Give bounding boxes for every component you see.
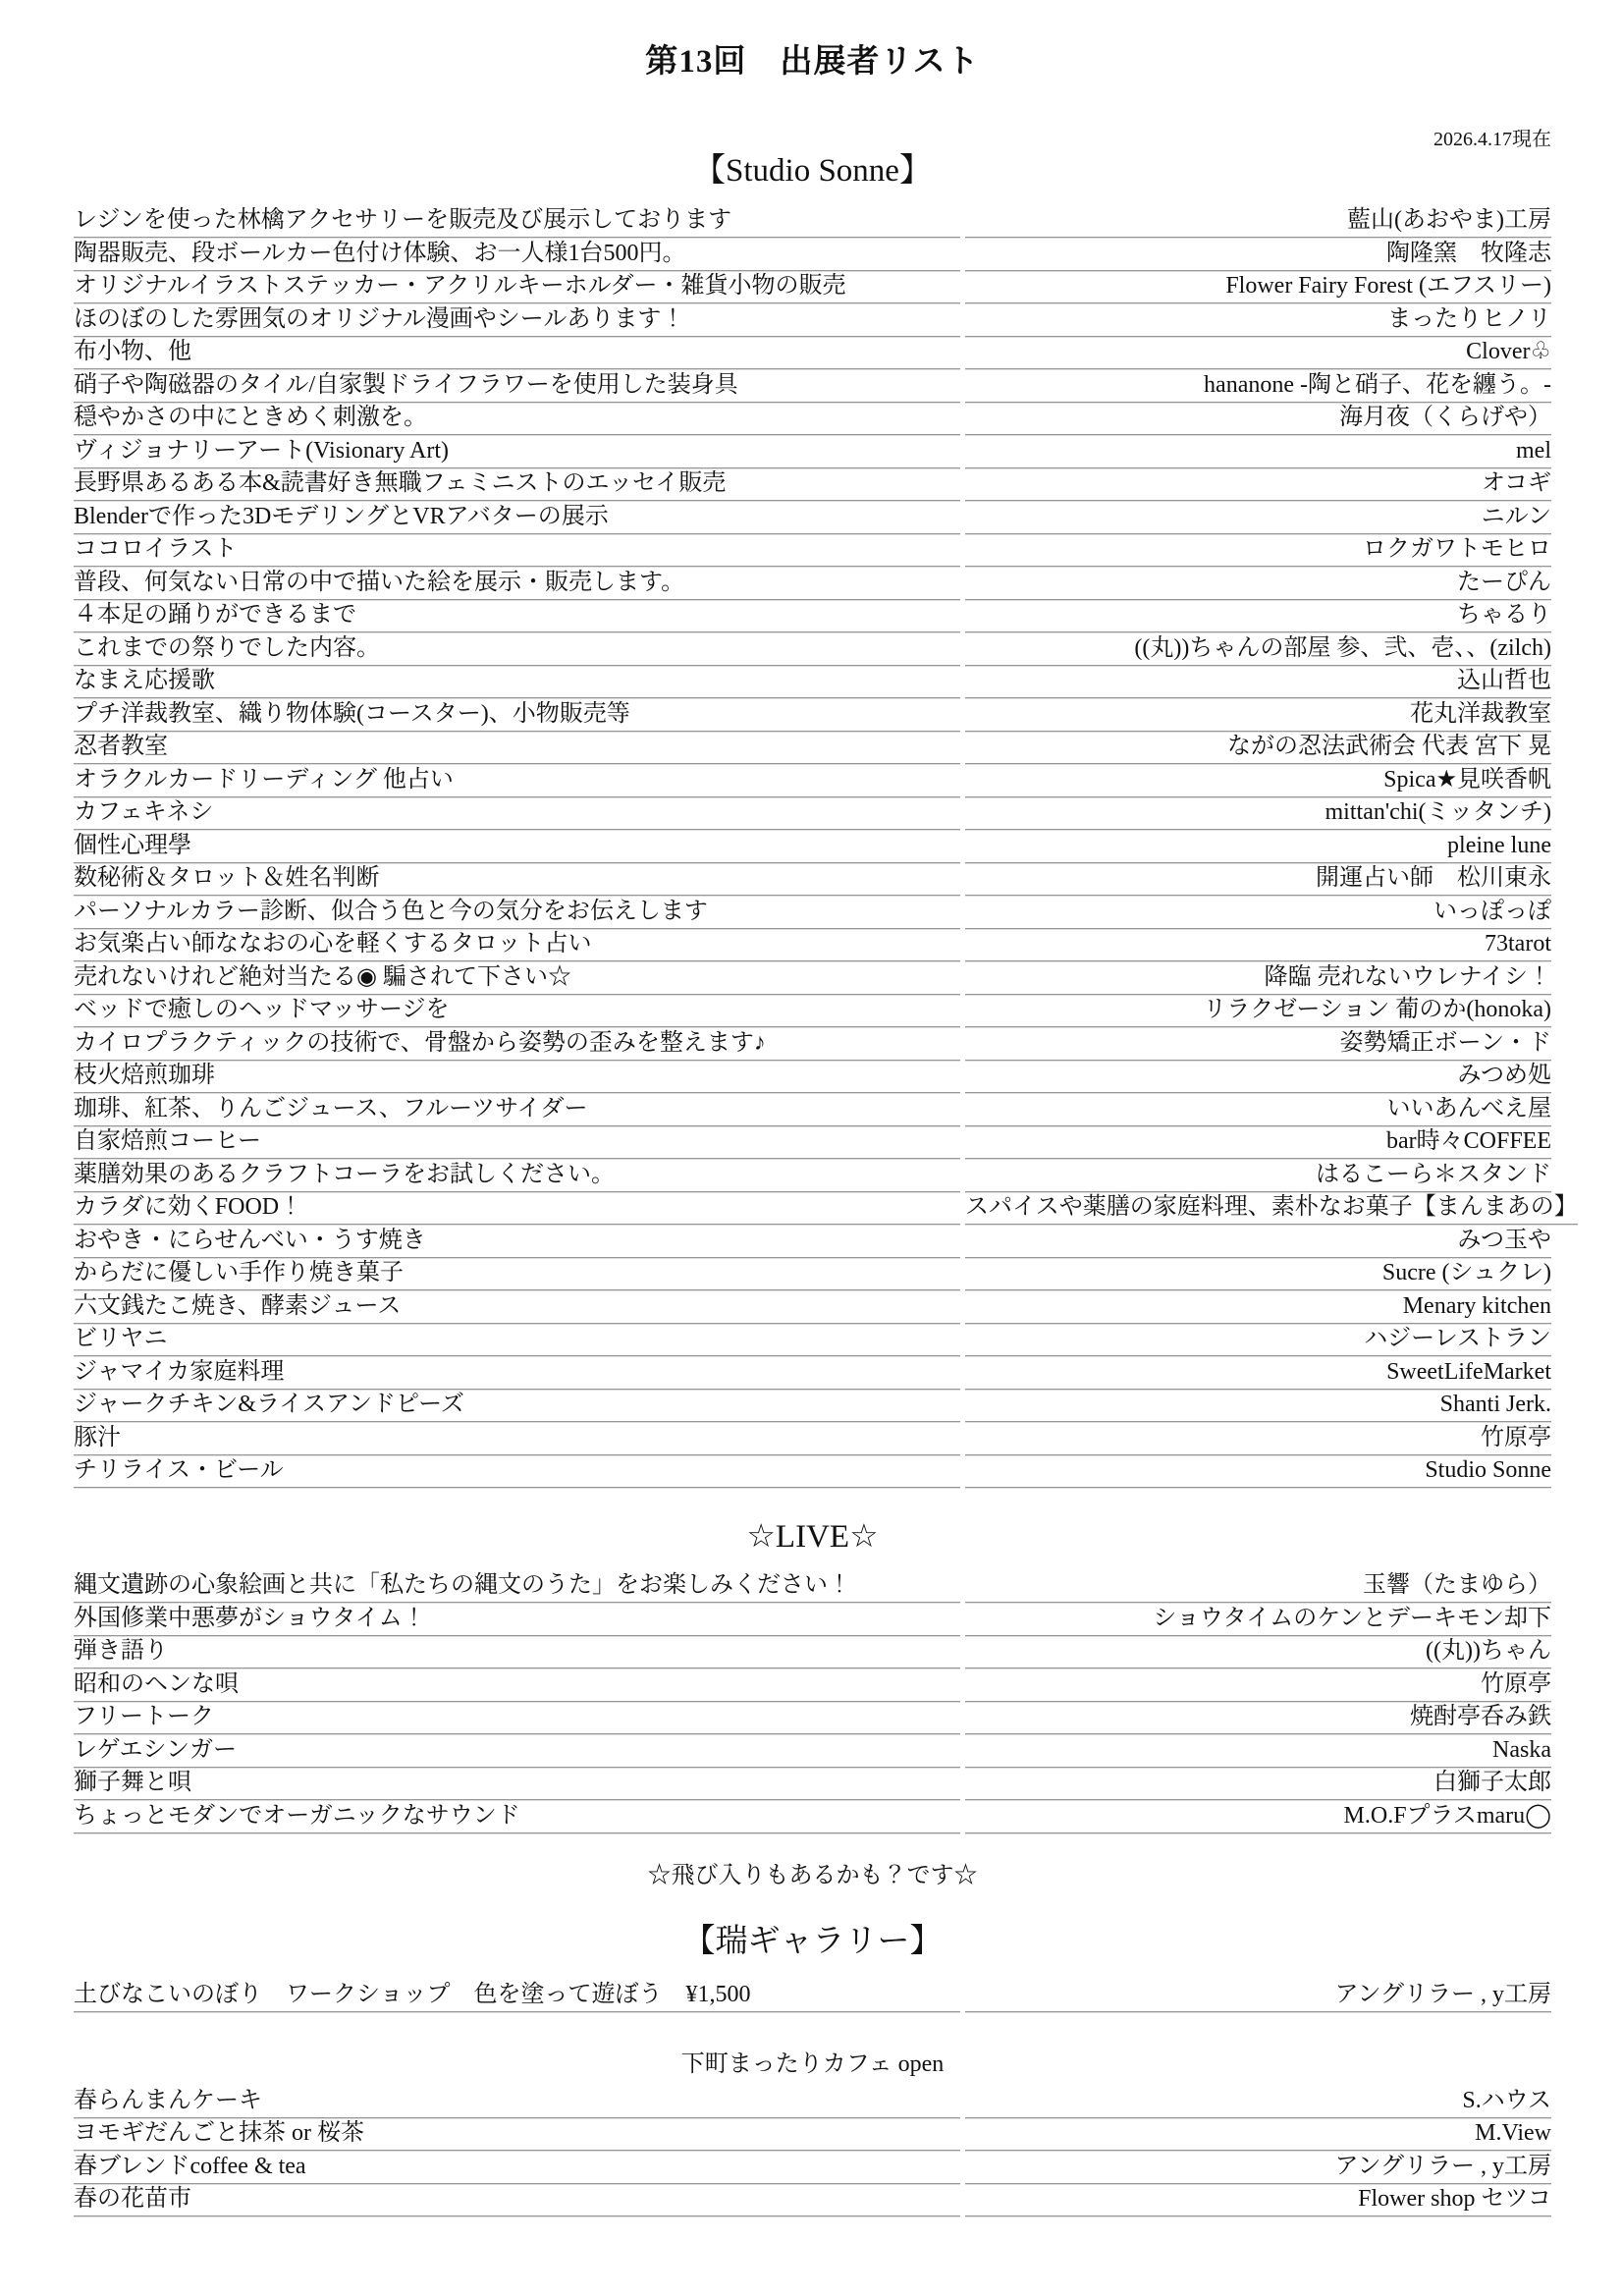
exhibitor-row: ヴィジョナリーアート(Visionary Art) mel bbox=[74, 435, 1551, 468]
exhibit-description: 弾き語り bbox=[74, 1638, 960, 1668]
exhibitor-name: Flower shop セツコ bbox=[965, 2186, 1551, 2216]
exhibitor-name: 花丸洋裁教室 bbox=[965, 701, 1551, 732]
section-rows: 春らんまんケーキ S.ハウス ヨモギだんごと抹茶 or 桜茶 M.View 春ブ… bbox=[74, 2085, 1551, 2216]
exhibitor-name: リラクゼーション 葡のか(honoka) bbox=[965, 997, 1551, 1027]
exhibitor-name: いっぽっぽ bbox=[965, 899, 1551, 929]
exhibitor-name: まったりヒノリ bbox=[965, 306, 1551, 337]
exhibit-description: ヨモギだんごと抹茶 or 桜茶 bbox=[74, 2120, 960, 2151]
exhibit-description: 春の花苗市 bbox=[74, 2186, 960, 2216]
exhibitor-row: ジャークチキン&ライスアンドピーズ Shanti Jerk. bbox=[74, 1390, 1551, 1423]
exhibitor-name: Menary kitchen bbox=[965, 1293, 1551, 1324]
exhibitor-name: Spica★見咲香帆 bbox=[965, 767, 1551, 797]
exhibit-description: パーソナルカラー診断、似合う色と今の気分をお伝えします bbox=[74, 899, 960, 929]
exhibit-description: からだに優しい手作り焼き菓子 bbox=[74, 1260, 960, 1290]
exhibit-description: 売れないけれど絶対当たる◉ 騙されて下さい☆ bbox=[74, 964, 960, 995]
exhibitor-row: ちょっとモダンでオーガニックなサウンド M.O.Fプラスmaru◯ bbox=[74, 1800, 1551, 1833]
exhibitor-row: 珈琲、紅茶、りんごジュース、フルーツサイダー いいあんべえ屋 bbox=[74, 1093, 1551, 1126]
exhibitor-name: いいあんべえ屋 bbox=[965, 1096, 1551, 1126]
exhibitor-name: SweetLifeMarket bbox=[965, 1359, 1551, 1390]
exhibit-description: カラダに効くFOOD！ bbox=[74, 1194, 960, 1225]
exhibitor-name: M.View bbox=[965, 2120, 1551, 2151]
section: 【Studio Sonne】 レジンを使った林檎アクセサリーを販売及び展示してお… bbox=[74, 151, 1551, 1489]
exhibitor-row: オリジナルイラストステッカー・アクリルキーホルダー・雑貨小物の販売 Flower… bbox=[74, 271, 1551, 304]
exhibit-description: レゲエシンガー bbox=[74, 1737, 960, 1768]
exhibitor-name: 玉響（たまゆら） bbox=[965, 1572, 1551, 1603]
exhibitor-row: からだに優しい手作り焼き菓子 Sucre (シュクレ) bbox=[74, 1258, 1551, 1291]
exhibit-description: 六文銭たこ焼き、酵素ジュース bbox=[74, 1293, 960, 1324]
page: 第13回 出展者リスト 2026.4.17現在 【Studio Sonne】 レ… bbox=[0, 0, 1622, 2296]
exhibit-description: ちょっとモダンでオーガニックなサウンド bbox=[74, 1803, 960, 1833]
exhibitor-row: ココロイラスト ロクガワトモヒロ bbox=[74, 534, 1551, 568]
exhibitor-row: これまでの祭りでした内容。 ((丸))ちゃんの部屋 参、弐、壱、、(zilch) bbox=[74, 632, 1551, 666]
section: ☆LIVE☆ 縄文遺跡の心象絵画と共に「私たちの縄文のうた」をお楽しみください！… bbox=[74, 1517, 1551, 1889]
section-note: ☆飛び入りもあるかも？です☆ bbox=[74, 1861, 1551, 1890]
exhibitor-name: hananone -陶と硝子、花を纏う。- bbox=[965, 372, 1551, 403]
exhibitor-row: 豚汁 竹原亭 bbox=[74, 1422, 1551, 1455]
exhibitor-name: S.ハウス bbox=[965, 2088, 1551, 2118]
exhibitor-name: mel bbox=[965, 438, 1551, 468]
exhibit-description: オラクルカードリーディング 他占い bbox=[74, 767, 960, 797]
exhibit-description: ベッドで癒しのヘッドマッサージを bbox=[74, 997, 960, 1027]
exhibitor-row: ベッドで癒しのヘッドマッサージを リラクゼーション 葡のか(honoka) bbox=[74, 995, 1551, 1028]
exhibit-description: ココロイラスト bbox=[74, 536, 960, 567]
exhibit-description: 昭和のヘンな唄 bbox=[74, 1671, 960, 1702]
exhibitor-row: ４本足の踊りができるまで ちゃるり bbox=[74, 600, 1551, 633]
exhibitor-name: 陶隆窯 牧隆志 bbox=[965, 241, 1551, 271]
exhibitor-name: 73tarot bbox=[965, 931, 1551, 961]
exhibit-description: お気楽占い師ななおの心を軽くするタロット占い bbox=[74, 931, 960, 961]
exhibitor-row: おやき・にらせんべい・うす焼き みつ玉や bbox=[74, 1225, 1551, 1258]
exhibit-description: ほのぼのした雰囲気のオリジナル漫画やシールあります！ bbox=[74, 306, 960, 337]
exhibitor-row: 布小物、他 Clover♧ bbox=[74, 337, 1551, 370]
exhibitor-name: Shanti Jerk. bbox=[965, 1392, 1551, 1422]
exhibit-description: 薬膳効果のあるクラフトコーラをお試しください。 bbox=[74, 1162, 960, 1192]
exhibitor-name: はるこーら＊スタンド bbox=[965, 1162, 1551, 1192]
exhibitor-name: 藍山(あおやま)工房 bbox=[965, 207, 1551, 238]
exhibitor-row: フリートーク 焼酎亭呑み鉄 bbox=[74, 1702, 1551, 1735]
exhibitor-name: ショウタイムのケンとデーキモン却下 bbox=[965, 1606, 1551, 1636]
exhibitor-row: お気楽占い師ななおの心を軽くするタロット占い 73tarot bbox=[74, 929, 1551, 962]
exhibit-description: ヴィジョナリーアート(Visionary Art) bbox=[74, 438, 960, 468]
section: 春らんまんケーキ S.ハウス ヨモギだんごと抹茶 or 桜茶 M.View 春ブ… bbox=[74, 2085, 1551, 2216]
exhibit-description: 春らんまんケーキ bbox=[74, 2088, 960, 2118]
section-rows: 縄文遺跡の心象絵画と共に「私たちの縄文のうた」をお楽しみください！ 玉響（たまゆ… bbox=[74, 1570, 1551, 1833]
exhibit-description: 土びなこいのぼり ワークショップ 色を塗って遊ぼう ¥1,500 bbox=[74, 1982, 960, 2012]
exhibitor-name: 焼酎亭呑み鉄 bbox=[965, 1704, 1551, 1734]
exhibit-description: ジャークチキン&ライスアンドピーズ bbox=[74, 1392, 960, 1422]
sections-container: 【Studio Sonne】 レジンを使った林檎アクセサリーを販売及び展示してお… bbox=[74, 151, 1551, 2217]
exhibit-description: レジンを使った林檎アクセサリーを販売及び展示しております bbox=[74, 207, 960, 238]
exhibitor-name: Clover♧ bbox=[965, 339, 1551, 369]
exhibitor-name: たーぴん bbox=[965, 570, 1551, 600]
exhibitor-name: オコギ bbox=[965, 470, 1551, 501]
exhibitor-row: 陶器販売、段ボールカー色付け体験、お一人様1台500円。 陶隆窯 牧隆志 bbox=[74, 238, 1551, 271]
exhibitor-row: カイロプラクティックの技術で、骨盤から姿勢の歪みを整えます♪ 姿勢矯正ボーン・ド bbox=[74, 1027, 1551, 1061]
exhibit-description: これまでの祭りでした内容。 bbox=[74, 635, 960, 666]
exhibit-description: なまえ応援歌 bbox=[74, 668, 960, 698]
exhibitor-row: 土びなこいのぼり ワークショップ 色を塗って遊ぼう ¥1,500 アングリラー … bbox=[74, 1980, 1551, 2013]
section-rows: 土びなこいのぼり ワークショップ 色を塗って遊ぼう ¥1,500 アングリラー … bbox=[74, 1980, 1551, 2013]
exhibitor-name: ニルン bbox=[965, 504, 1551, 534]
exhibit-description: ４本足の踊りができるまで bbox=[74, 602, 960, 632]
exhibitor-name: 姿勢矯正ボーン・ド bbox=[965, 1030, 1551, 1061]
exhibitor-name: みつめ処 bbox=[965, 1063, 1551, 1093]
exhibitor-row: なまえ応援歌 込山哲也 bbox=[74, 666, 1551, 699]
exhibitor-row: パーソナルカラー診断、似合う色と今の気分をお伝えします いっぽっぽ bbox=[74, 896, 1551, 929]
exhibitor-row: プチ洋裁教室、織り物体験(コースター)、小物販売等 花丸洋裁教室 bbox=[74, 698, 1551, 732]
exhibitor-row: 薬膳効果のあるクラフトコーラをお試しください。 はるこーら＊スタンド bbox=[74, 1159, 1551, 1192]
exhibit-description: 硝子や陶磁器のタイル/自家製ドライフラワーを使用した装身具 bbox=[74, 372, 960, 403]
exhibitor-name: ((丸))ちゃん bbox=[965, 1638, 1551, 1668]
exhibit-description: 数秘術＆タロット＆姓名判断 bbox=[74, 865, 960, 896]
exhibit-description: 自家焙煎コーヒー bbox=[74, 1128, 960, 1159]
exhibit-description: 穏やかさの中にときめく刺激を。 bbox=[74, 405, 960, 435]
exhibit-description: おやき・にらせんべい・うす焼き bbox=[74, 1228, 960, 1258]
exhibit-description: 長野県あるある本&読書好き無職フェミニストのエッセイ販売 bbox=[74, 470, 960, 501]
exhibitor-name: M.O.Fプラスmaru◯ bbox=[965, 1803, 1551, 1833]
exhibit-description: オリジナルイラストステッカー・アクリルキーホルダー・雑貨小物の販売 bbox=[74, 273, 960, 303]
exhibitor-row: 数秘術＆タロット＆姓名判断 開運占い師 松川東永 bbox=[74, 863, 1551, 897]
exhibitor-name: 竹原亭 bbox=[965, 1425, 1551, 1455]
exhibitor-row: オラクルカードリーディング 他占い Spica★見咲香帆 bbox=[74, 764, 1551, 797]
exhibitor-name: 開運占い師 松川東永 bbox=[965, 865, 1551, 896]
exhibitor-name: 込山哲也 bbox=[965, 668, 1551, 698]
exhibitor-name: 竹原亭 bbox=[965, 1671, 1551, 1702]
exhibit-description: 獅子舞と唄 bbox=[74, 1770, 960, 1800]
exhibit-description: カイロプラクティックの技術で、骨盤から姿勢の歪みを整えます♪ bbox=[74, 1030, 960, 1061]
section-rows: レジンを使った林檎アクセサリーを販売及び展示しております 藍山(あおやま)工房 … bbox=[74, 205, 1551, 1489]
exhibitor-name: 白獅子太郎 bbox=[965, 1770, 1551, 1800]
exhibit-description: チリライス・ビール bbox=[74, 1457, 960, 1488]
exhibitor-row: 昭和のヘンな唄 竹原亭 bbox=[74, 1668, 1551, 1702]
exhibitor-name: Flower Fairy Forest (エフスリー) bbox=[965, 273, 1551, 303]
page-title: 第13回 出展者リスト bbox=[74, 0, 1551, 82]
exhibitor-name: ちゃるり bbox=[965, 602, 1551, 632]
exhibitor-row: ほのぼのした雰囲気のオリジナル漫画やシールあります！ まったりヒノリ bbox=[74, 303, 1551, 337]
exhibitor-name: スパイスや薬膳の家庭料理、素朴なお菓子【まんまあの】 bbox=[965, 1194, 1578, 1225]
exhibit-description: フリートーク bbox=[74, 1704, 960, 1734]
exhibitor-row: ヨモギだんごと抹茶 or 桜茶 M.View bbox=[74, 2118, 1551, 2152]
exhibitor-row: チリライス・ビール Studio Sonne bbox=[74, 1455, 1551, 1489]
exhibit-description: 春ブレンドcoffee & tea bbox=[74, 2154, 960, 2184]
exhibitor-name: 降臨 売れないウレナイシ！ bbox=[965, 964, 1551, 995]
exhibit-description: 縄文遺跡の心象絵画と共に「私たちの縄文のうた」をお楽しみください！ bbox=[74, 1572, 960, 1603]
exhibitor-row: 忍者教室 ながの忍法武術会 代表 宮下 晃 bbox=[74, 732, 1551, 765]
exhibitor-row: 硝子や陶磁器のタイル/自家製ドライフラワーを使用した装身具 hananone -… bbox=[74, 369, 1551, 403]
exhibit-description: 個性心理學 bbox=[74, 833, 960, 863]
exhibitor-name: Sucre (シュクレ) bbox=[965, 1260, 1551, 1290]
exhibitor-row: カラダに効くFOOD！ スパイスや薬膳の家庭料理、素朴なお菓子【まんまあの】 bbox=[74, 1192, 1551, 1226]
exhibitor-name: ながの忍法武術会 代表 宮下 晃 bbox=[965, 734, 1551, 764]
exhibitor-row: 枝火焙煎珈琲 みつめ処 bbox=[74, 1061, 1551, 1094]
exhibit-description: 布小物、他 bbox=[74, 339, 960, 369]
exhibitor-name: Studio Sonne bbox=[965, 1457, 1551, 1488]
section: 【瑞ギャラリー】 土びなこいのぼり ワークショップ 色を塗って遊ぼう ¥1,50… bbox=[74, 1922, 1551, 2080]
exhibit-description: カフェキネシ bbox=[74, 799, 960, 830]
exhibitor-name: みつ玉や bbox=[965, 1228, 1551, 1258]
exhibitor-row: Blenderで作った3DモデリングとVRアバターの展示 ニルン bbox=[74, 501, 1551, 534]
exhibitor-name: Naska bbox=[965, 1737, 1551, 1768]
exhibitor-name: ハジーレストラン bbox=[965, 1326, 1551, 1356]
exhibit-description: 忍者教室 bbox=[74, 734, 960, 764]
exhibitor-row: レゲエシンガー Naska bbox=[74, 1734, 1551, 1768]
section-heading: 【瑞ギャラリー】 bbox=[74, 1922, 1551, 1962]
exhibitor-row: 春らんまんケーキ S.ハウス bbox=[74, 2085, 1551, 2118]
exhibitor-list-document: { "title": "第13回 出展者リスト", "date_note": "… bbox=[0, 0, 1622, 2296]
section-note: 下町まったりカフェ open bbox=[74, 2050, 1551, 2079]
exhibitor-row: 春ブレンドcoffee & tea アングリラー , y工房 bbox=[74, 2151, 1551, 2184]
exhibitor-row: 縄文遺跡の心象絵画と共に「私たちの縄文のうた」をお楽しみください！ 玉響（たまゆ… bbox=[74, 1570, 1551, 1604]
exhibitor-name: アングリラー , y工房 bbox=[965, 1982, 1551, 2012]
exhibit-description: 普段、何気ない日常の中で描いた絵を展示・販売します。 bbox=[74, 570, 960, 600]
exhibitor-row: レジンを使った林檎アクセサリーを販売及び展示しております 藍山(あおやま)工房 bbox=[74, 205, 1551, 239]
exhibit-description: ビリヤニ bbox=[74, 1326, 960, 1356]
exhibitor-row: 外国修業中悪夢がショウタイム！ ショウタイムのケンとデーキモン却下 bbox=[74, 1603, 1551, 1636]
exhibitor-row: 獅子舞と唄 白獅子太郎 bbox=[74, 1768, 1551, 1801]
exhibitor-row: 長野県あるある本&読書好き無職フェミニストのエッセイ販売 オコギ bbox=[74, 468, 1551, 502]
exhibitor-name: pleine lune bbox=[965, 833, 1551, 863]
exhibit-description: 陶器販売、段ボールカー色付け体験、お一人様1台500円。 bbox=[74, 241, 960, 271]
exhibit-description: 枝火焙煎珈琲 bbox=[74, 1063, 960, 1093]
exhibit-description: 珈琲、紅茶、りんごジュース、フルーツサイダー bbox=[74, 1096, 960, 1126]
exhibitor-name: 海月夜（くらげや） bbox=[965, 405, 1551, 435]
exhibitor-row: 個性心理學 pleine lune bbox=[74, 830, 1551, 863]
exhibit-description: ジャマイカ家庭料理 bbox=[74, 1359, 960, 1390]
exhibitor-row: 春の花苗市 Flower shop セツコ bbox=[74, 2184, 1551, 2217]
exhibitor-row: ビリヤニ ハジーレストラン bbox=[74, 1324, 1551, 1357]
exhibitor-row: 普段、何気ない日常の中で描いた絵を展示・販売します。 たーぴん bbox=[74, 567, 1551, 600]
exhibitor-row: ジャマイカ家庭料理 SweetLifeMarket bbox=[74, 1356, 1551, 1390]
date-note: 2026.4.17現在 bbox=[74, 128, 1551, 151]
exhibit-description: Blenderで作った3DモデリングとVRアバターの展示 bbox=[74, 504, 960, 534]
exhibitor-name: ロクガワトモヒロ bbox=[965, 536, 1551, 567]
section-heading: ☆LIVE☆ bbox=[74, 1517, 1551, 1558]
exhibitor-row: 自家焙煎コーヒー bar時々COFFEE bbox=[74, 1126, 1551, 1160]
section-heading: 【Studio Sonne】 bbox=[74, 151, 1551, 191]
exhibitor-name: bar時々COFFEE bbox=[965, 1128, 1551, 1159]
exhibit-description: 外国修業中悪夢がショウタイム！ bbox=[74, 1606, 960, 1636]
exhibitor-row: 売れないけれど絶対当たる◉ 騙されて下さい☆ 降臨 売れないウレナイシ！ bbox=[74, 961, 1551, 995]
exhibitor-row: カフェキネシ mittan'chi(ミッタンチ) bbox=[74, 797, 1551, 831]
exhibitor-name: mittan'chi(ミッタンチ) bbox=[965, 799, 1551, 830]
exhibitor-row: 穏やかさの中にときめく刺激を。 海月夜（くらげや） bbox=[74, 403, 1551, 436]
exhibitor-row: 弾き語り ((丸))ちゃん bbox=[74, 1636, 1551, 1669]
exhibit-description: プチ洋裁教室、織り物体験(コースター)、小物販売等 bbox=[74, 701, 960, 732]
exhibitor-name: ((丸))ちゃんの部屋 参、弐、壱、、(zilch) bbox=[965, 635, 1551, 666]
exhibit-description: 豚汁 bbox=[74, 1425, 960, 1455]
exhibitor-name: アングリラー , y工房 bbox=[965, 2154, 1551, 2184]
exhibitor-row: 六文銭たこ焼き、酵素ジュース Menary kitchen bbox=[74, 1290, 1551, 1324]
